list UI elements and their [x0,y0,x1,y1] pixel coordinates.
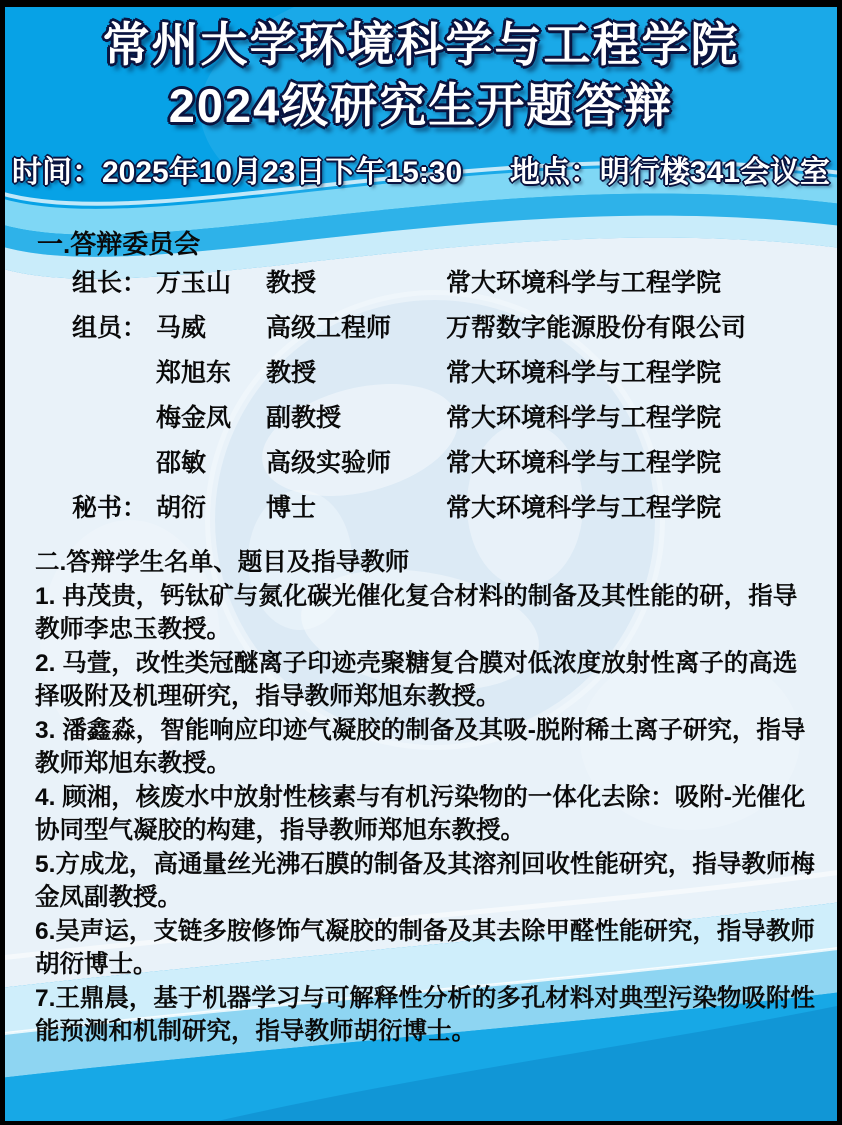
student-item: 7.王鼎晨，基于机器学习与可解释性分析的多孔材料对典型污染物吸附性能预测和机制研… [35,982,817,1049]
committee-member-title: 教授 [266,353,446,389]
committee-member-affiliation: 常大环境科学与工程学院 [446,353,746,389]
defense-announcement-poster: 常州大学环境科学与工程学院 2024级研究生开题答辩 时间：2025年10月23… [0,0,842,1125]
student-item: 5.方成龙，高通量丝光沸石膜的制备及其溶剂回收性能研究，指导教师梅金凤副教授。 [35,848,817,915]
committee-role: 组员： [72,308,156,344]
committee-member-name: 胡衍 [156,488,266,524]
committee-member-name: 马威 [156,308,266,344]
committee-member-name: 郑旭东 [156,353,266,389]
committee-member-title: 副教授 [266,398,446,434]
title-line-1: 常州大学环境科学与工程学院 [0,14,842,75]
committee-member-affiliation: 常大环境科学与工程学院 [446,443,746,479]
title-line-2: 2024级研究生开题答辩 [0,75,842,136]
student-item: 1. 冉茂贵，钙钛矿与氮化碳光催化复合材料的制备及其性能的研，指导教师李忠玉教授… [35,580,817,647]
committee-member-affiliation: 常大环境科学与工程学院 [446,488,746,524]
committee-member-name: 梅金凤 [156,398,266,434]
committee-role: 组长： [72,263,156,299]
location-text: 地点：明行楼341会议室 [510,147,830,191]
committee-member-title: 高级工程师 [266,308,446,344]
students-section: 二.答辩学生名单、题目及指导教师 1. 冉茂贵，钙钛矿与氮化碳光催化复合材料的制… [35,546,817,1049]
student-item: 4. 顾湘，核废水中放射性核素与有机污染物的一体化去除：吸附-光催化协同型气凝胶… [35,781,817,848]
committee-member-title: 教授 [266,263,446,299]
poster-title: 常州大学环境科学与工程学院 2024级研究生开题答辩 [0,14,842,136]
time-text: 时间：2025年10月23日下午15:30 [12,147,462,191]
committee-member-name: 邵敏 [156,443,266,479]
committee-member-title: 博士 [266,488,446,524]
committee-member-title: 高级实验师 [266,443,446,479]
student-item: 2. 马萱，改性类冠醚离子印迹壳聚糖复合膜对低浓度放射性离子的高选择吸附及机理研… [35,647,817,714]
committee-member-affiliation: 常大环境科学与工程学院 [446,263,746,299]
committee-member-name: 万玉山 [156,263,266,299]
schedule-bar: 时间：2025年10月23日下午15:30 地点：明行楼341会议室 [12,147,830,191]
student-item: 3. 潘鑫淼，智能响应印迹气凝胶的制备及其吸-脱附稀土离子研究，指导教师郑旭东教… [35,714,817,781]
committee-section-heading: 一.答辩委员会 [37,224,200,261]
student-item: 6.吴声运，支链多胺修饰气凝胶的制备及其去除甲醛性能研究，指导教师胡衍博士。 [35,915,817,982]
students-section-heading: 二.答辩学生名单、题目及指导教师 [35,546,817,580]
committee-member-affiliation: 常大环境科学与工程学院 [446,398,746,434]
committee-list: 组长： 万玉山 教授 常大环境科学与工程学院 组员： 马威 高级工程师 万帮数字… [72,258,746,528]
committee-member-affiliation: 万帮数字能源股份有限公司 [446,308,746,344]
committee-role: 秘书： [72,488,156,524]
